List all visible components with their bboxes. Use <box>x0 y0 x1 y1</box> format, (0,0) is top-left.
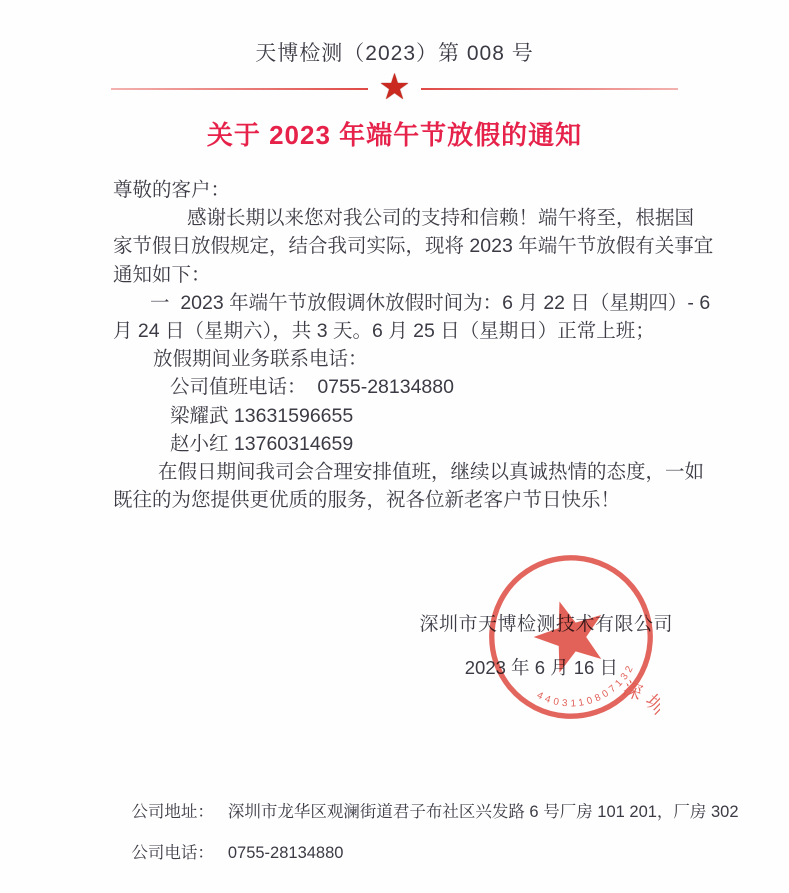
body-line: 在假日期间我司会合理安排值班，继续以真诚热情的态度，一如 <box>113 458 703 486</box>
company-seal: 深圳市天博检测技术有限公司 4403110807132 <box>482 548 660 726</box>
phone-label: 公司电话： <box>131 844 214 862</box>
body-line: 既往的为您提供更优质的服务，祝各位新老客户节日快乐！ <box>113 486 703 514</box>
body-line: 通知如下： <box>113 261 703 289</box>
body-line-salutation: 尊敬的客户： <box>113 176 703 204</box>
body-line-duty-phone: 公司值班电话： 0755-28134880 <box>113 373 703 401</box>
address-value: 深圳市龙华区观澜街道君子布社区兴发路 6 号厂房 101 201，厂房 302 <box>228 803 739 821</box>
document-number: 天博检测（2023）第 008 号 <box>0 37 789 67</box>
star-divider: ★ <box>111 70 678 108</box>
divider-line-right <box>421 88 678 90</box>
notice-title: 关于 2023 年端午节放假的通知 <box>0 115 789 152</box>
divider-line-left <box>111 88 368 90</box>
body-line-schedule: 一 2023 年端午节放假调休放假时间为：6 月 22 日（星期四）- 6 <box>113 289 703 317</box>
phone-value: 0755-28134880 <box>228 844 344 862</box>
notice-document-page: 天博检测（2023）第 008 号 ★ 关于 2023 年端午节放假的通知 尊敬… <box>0 0 789 893</box>
body-line-contact: 赵小红 13760314659 <box>113 430 703 458</box>
body-line-contact-heading: 放假期间业务联系电话： <box>113 345 703 373</box>
star-icon: ★ <box>378 69 410 105</box>
notice-body: 尊敬的客户： 感谢长期以来您对我公司的支持和信赖！端午将至，根据国 家节假日放假… <box>113 176 703 514</box>
footer-phone-line: 公司电话：0755-28134880 <box>113 820 343 882</box>
body-line: 家节假日放假规定，结合我司实际，现将 2023 年端午节放假有关事宜 <box>113 232 703 260</box>
seal-star-icon <box>526 590 614 676</box>
body-line-schedule: 月 24 日（星期六），共 3 天。6 月 25 日（星期日）正常上班； <box>113 317 703 345</box>
address-label: 公司地址： <box>131 803 214 821</box>
body-line-contact: 梁耀武 13631596655 <box>113 402 703 430</box>
body-line: 感谢长期以来您对我公司的支持和信赖！端午将至，根据国 <box>113 204 703 232</box>
